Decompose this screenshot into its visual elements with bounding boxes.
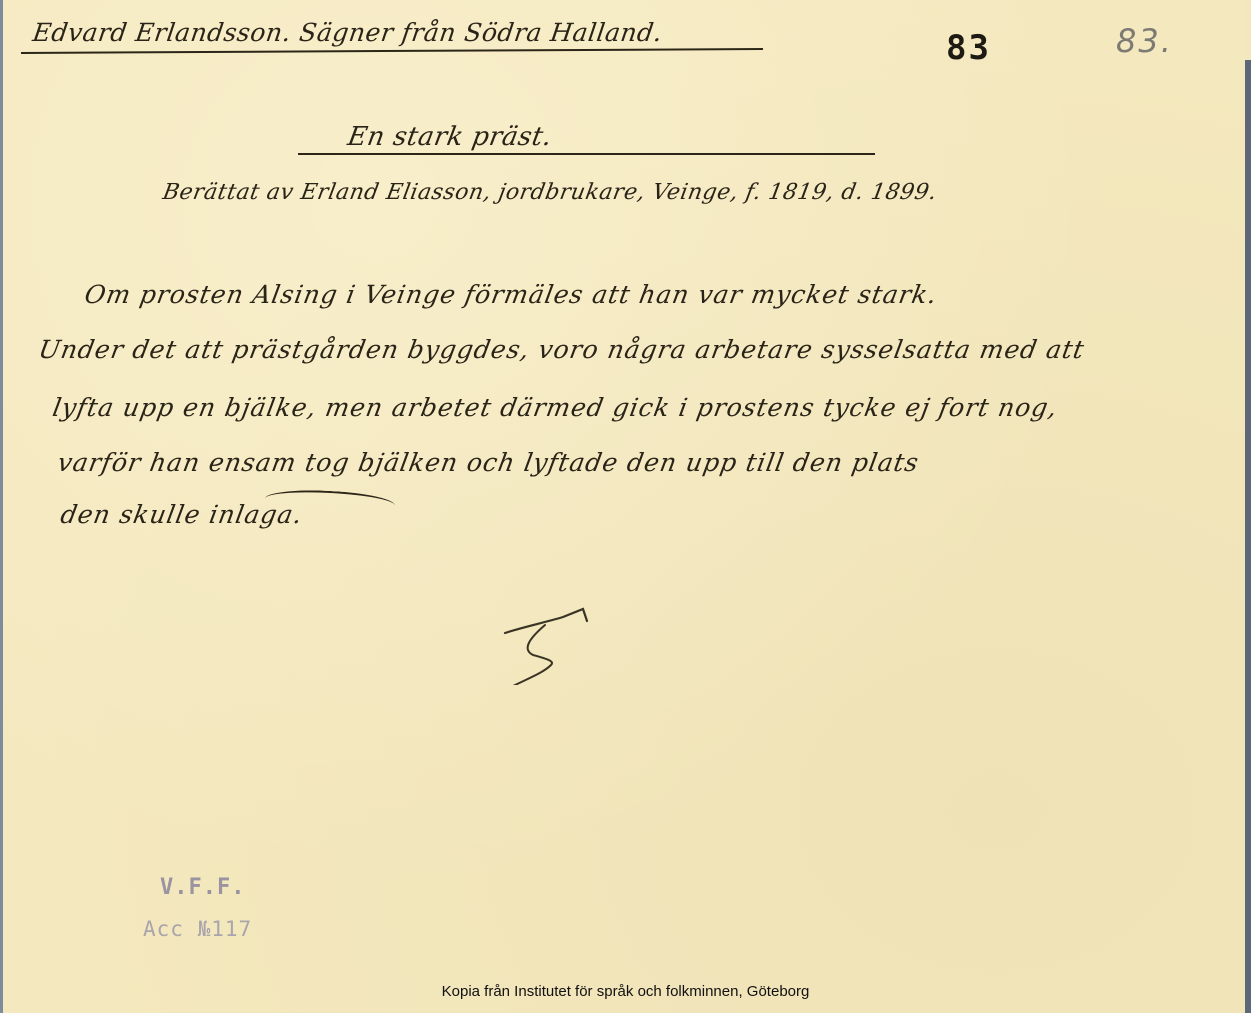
story-title: En stark präst. <box>345 122 554 152</box>
scan-edge-right <box>1245 60 1251 1013</box>
title-underline <box>298 153 875 155</box>
page-number-printed: 83 <box>946 28 991 68</box>
body-line: Under det att prästgården byggdes, voro … <box>36 335 1087 364</box>
body-line: lyfta upp en bjälke, men arbetet därmed … <box>50 393 1060 422</box>
manuscript-page: Edvard Erlandsson. Sägner från Södra Hal… <box>3 0 1245 1013</box>
copy-notice-footer: Kopia från Institutet för språk och folk… <box>0 983 1251 1000</box>
body-line: Om prosten Alsing i Veinge förmäles att … <box>82 280 939 309</box>
archive-stamp-vff: V.F.F. <box>160 875 245 900</box>
signature-mark-icon <box>503 605 593 685</box>
narrator-line: Berättat av Erland Eliasson, jordbrukare… <box>161 180 939 205</box>
body-line: varför han ensam tog bjälken och lyftade… <box>55 448 921 477</box>
archive-stamp-accession: Acc №117 <box>143 917 252 941</box>
header-line: Edvard Erlandsson. Sägner från Södra Hal… <box>31 18 664 47</box>
page-number-pencil: 83. <box>1116 22 1173 60</box>
header-underline <box>21 48 763 54</box>
